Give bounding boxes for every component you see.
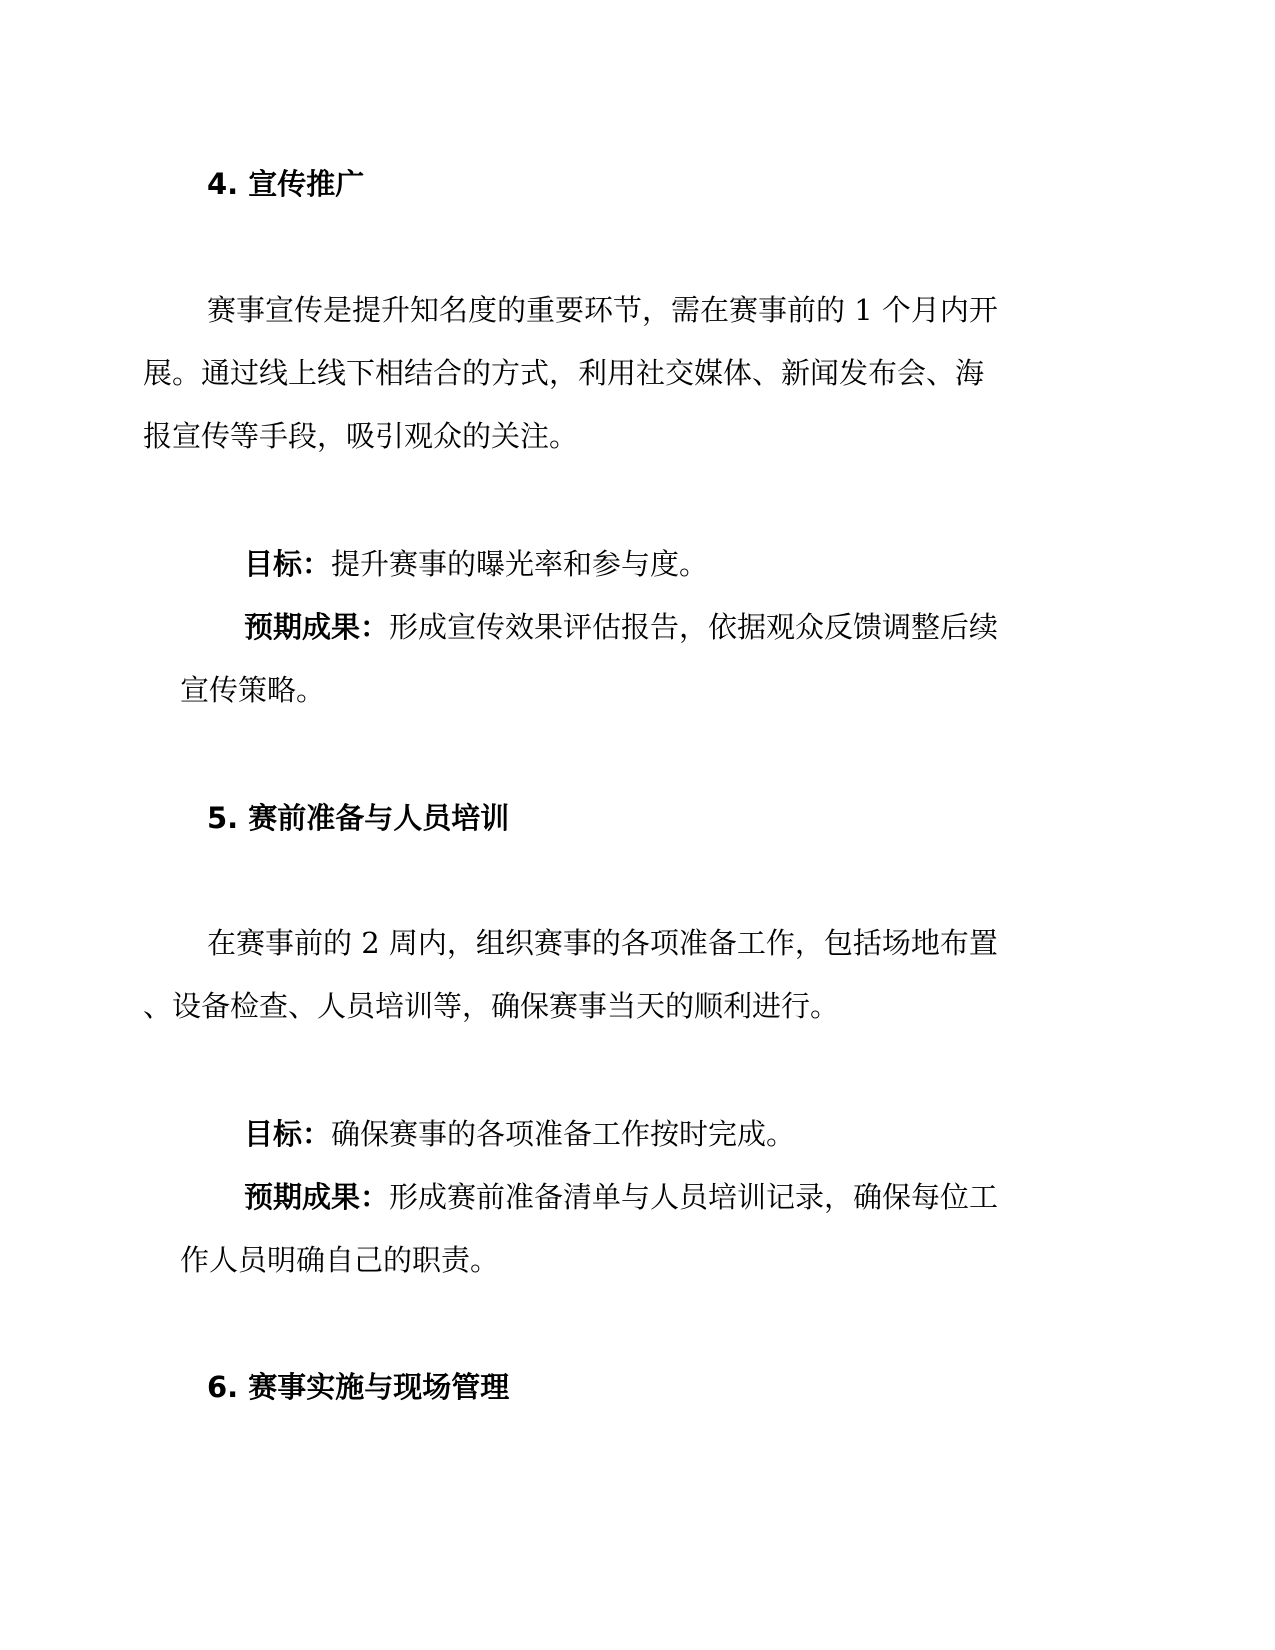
outcome-continuation: 作人员明确自己的职责。: [180, 1242, 499, 1278]
section-heading-5: 5. 赛前准备与人员培训: [207, 800, 509, 836]
outcome-line: 预期成果：形成宣传效果评估报告，依据观众反馈调整后续: [244, 609, 998, 645]
section-heading-4: 4. 宣传推广: [207, 166, 364, 202]
goal-line: 目标：提升赛事的曝光率和参与度。: [244, 546, 708, 582]
paragraph-line: 赛事宣传是提升知名度的重要环节，需在赛事前的 1 个月内开: [207, 292, 998, 328]
outcome-label: 预期成果：: [244, 610, 389, 644]
outcome-text: 形成宣传效果评估报告，依据观众反馈调整后续: [389, 610, 998, 644]
outcome-label: 预期成果：: [244, 1180, 389, 1214]
paragraph-line: 在赛事前的 2 周内，组织赛事的各项准备工作，包括场地布置: [207, 925, 998, 961]
outcome-continuation: 宣传策略。: [180, 672, 325, 708]
outcome-line: 预期成果：形成赛前准备清单与人员培训记录，确保每位工: [244, 1179, 998, 1215]
section-heading-6: 6. 赛事实施与现场管理: [207, 1369, 509, 1405]
goal-text: 确保赛事的各项准备工作按时完成。: [331, 1117, 795, 1151]
outcome-text: 形成赛前准备清单与人员培训记录，确保每位工: [389, 1180, 998, 1214]
paragraph-line: 报宣传等手段，吸引观众的关注。: [143, 418, 578, 454]
goal-text: 提升赛事的曝光率和参与度。: [331, 547, 708, 581]
paragraph-line: 、设备检查、人员培训等，确保赛事当天的顺利进行。: [143, 988, 839, 1024]
goal-label: 目标：: [244, 1117, 331, 1151]
paragraph-line: 展。通过线上线下相结合的方式，利用社交媒体、新闻发布会、海: [143, 355, 984, 391]
goal-line: 目标：确保赛事的各项准备工作按时完成。: [244, 1116, 795, 1152]
goal-label: 目标：: [244, 547, 331, 581]
